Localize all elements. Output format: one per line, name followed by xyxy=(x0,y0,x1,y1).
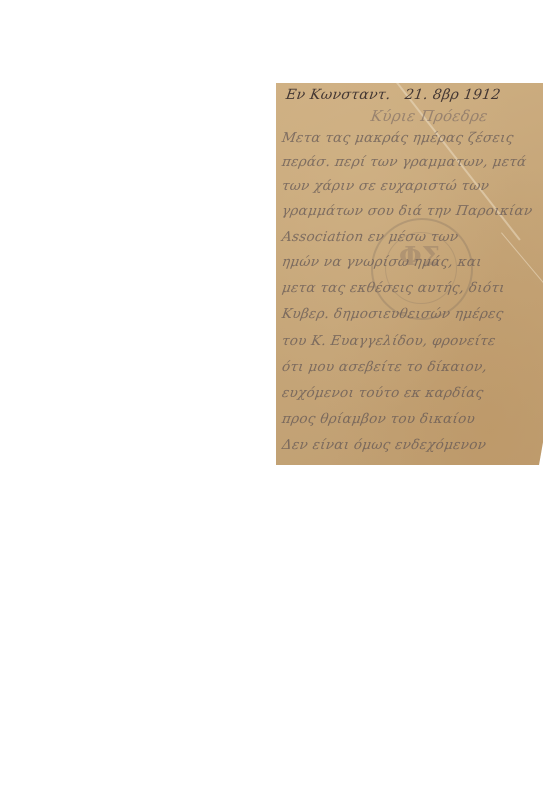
letter-paper: ΦΣ Εν Κωνσταντ. 21. 8βρ 1912 Κύριε Πρόεδ… xyxy=(276,83,543,465)
letter-line: ημών να γνωρίσω ημάς, και xyxy=(281,254,483,270)
letter-line: Κυβερ. δημοσιευθεισών ημέρες xyxy=(281,306,505,322)
letter-salutation: Κύριε Πρόεδρε xyxy=(370,107,489,125)
letter-line: περάσ. περί των γραμματων, μετά xyxy=(281,154,528,170)
letter-line: ευχόμενοι τούτο εκ καρδίας xyxy=(281,385,485,401)
letter-line: προς θρίαμβον του δικαίου xyxy=(281,411,476,427)
letter-place: Εν Κωνσταντ. xyxy=(285,87,392,103)
paper-fold-crease-secondary xyxy=(501,232,547,286)
letter-line: ότι μου ασεβείτε το δίκαιον, xyxy=(281,359,488,375)
letter-line: Μετα τας μακράς ημέρας ζέσεις xyxy=(281,130,515,146)
letter-line: του Κ. Ευαγγελίδου, φρονείτε xyxy=(281,333,497,349)
letter-line: γραμμάτων σου διά την Παροικίαν xyxy=(281,203,534,219)
letter-line: Association εν μέσω των xyxy=(281,229,460,245)
letter-header: Εν Κωνσταντ. 21. 8βρ 1912 xyxy=(285,87,502,103)
letter-line: Δεν είναι όμως ενδεχόμενον xyxy=(281,437,487,453)
letter-line: των χάριν σε ευχαριστώ των xyxy=(281,178,490,194)
letter-date: 21. 8βρ 1912 xyxy=(404,87,502,103)
letter-line: μετα τας εκθέσεις αυτής, διότι xyxy=(281,280,506,296)
